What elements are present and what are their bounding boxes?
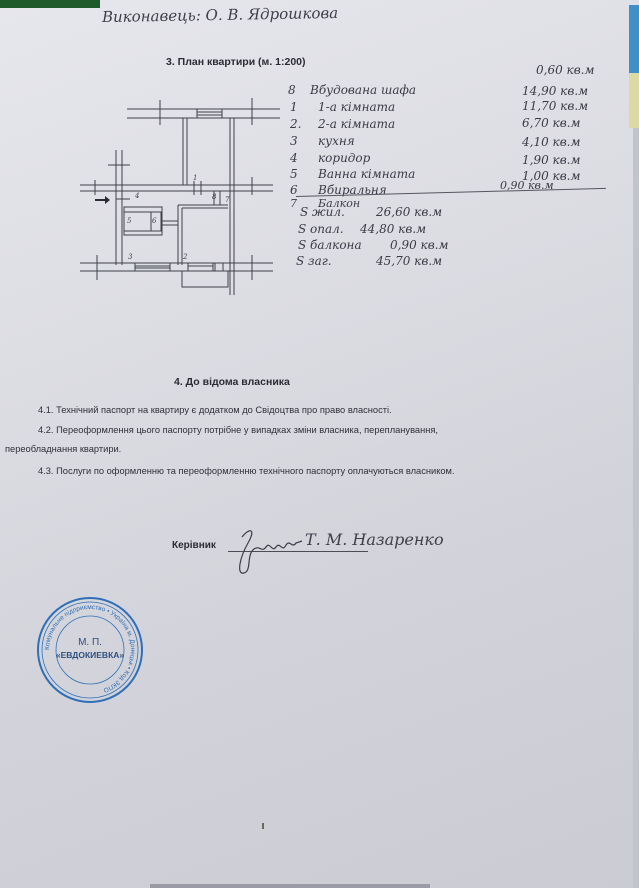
official-stamp: Комунальне підприємство • Україна м. Дон…	[35, 595, 145, 705]
paragraph-4-1: 4.1. Технічний паспорт на квартиру є дод…	[38, 405, 392, 415]
bottom-shadow	[150, 884, 430, 888]
paper-speck	[262, 823, 264, 829]
paragraph-4-2: 4.2. Переоформлення цього паспорту потрі…	[38, 425, 438, 435]
owner-section-title: 4. До відома власника	[174, 376, 290, 388]
signature-scribble	[232, 525, 312, 585]
document-page: Виконавець: О. В. Ядрошкова 3. План квар…	[0, 0, 639, 888]
svg-text:«ЕВДОКИЕВКА»: «ЕВДОКИЕВКА»	[56, 650, 125, 660]
paragraph-4-3: 4.3. Послуги по оформленню та переоформл…	[38, 466, 455, 476]
room-legend: 8 Вбудована шафа 0,60 кв.м 1 1-а кімната…	[0, 0, 639, 300]
signature-name: Т. М. Назаренко	[305, 530, 444, 549]
paragraph-4-2-continued: переобладнання квартири.	[5, 444, 121, 454]
svg-text:М. П.: М. П.	[78, 637, 102, 648]
signature-label: Керівник	[172, 540, 216, 551]
svg-text:Комунальне підприємство • Укра: Комунальне підприємство • Україна м. Дон…	[44, 604, 136, 694]
